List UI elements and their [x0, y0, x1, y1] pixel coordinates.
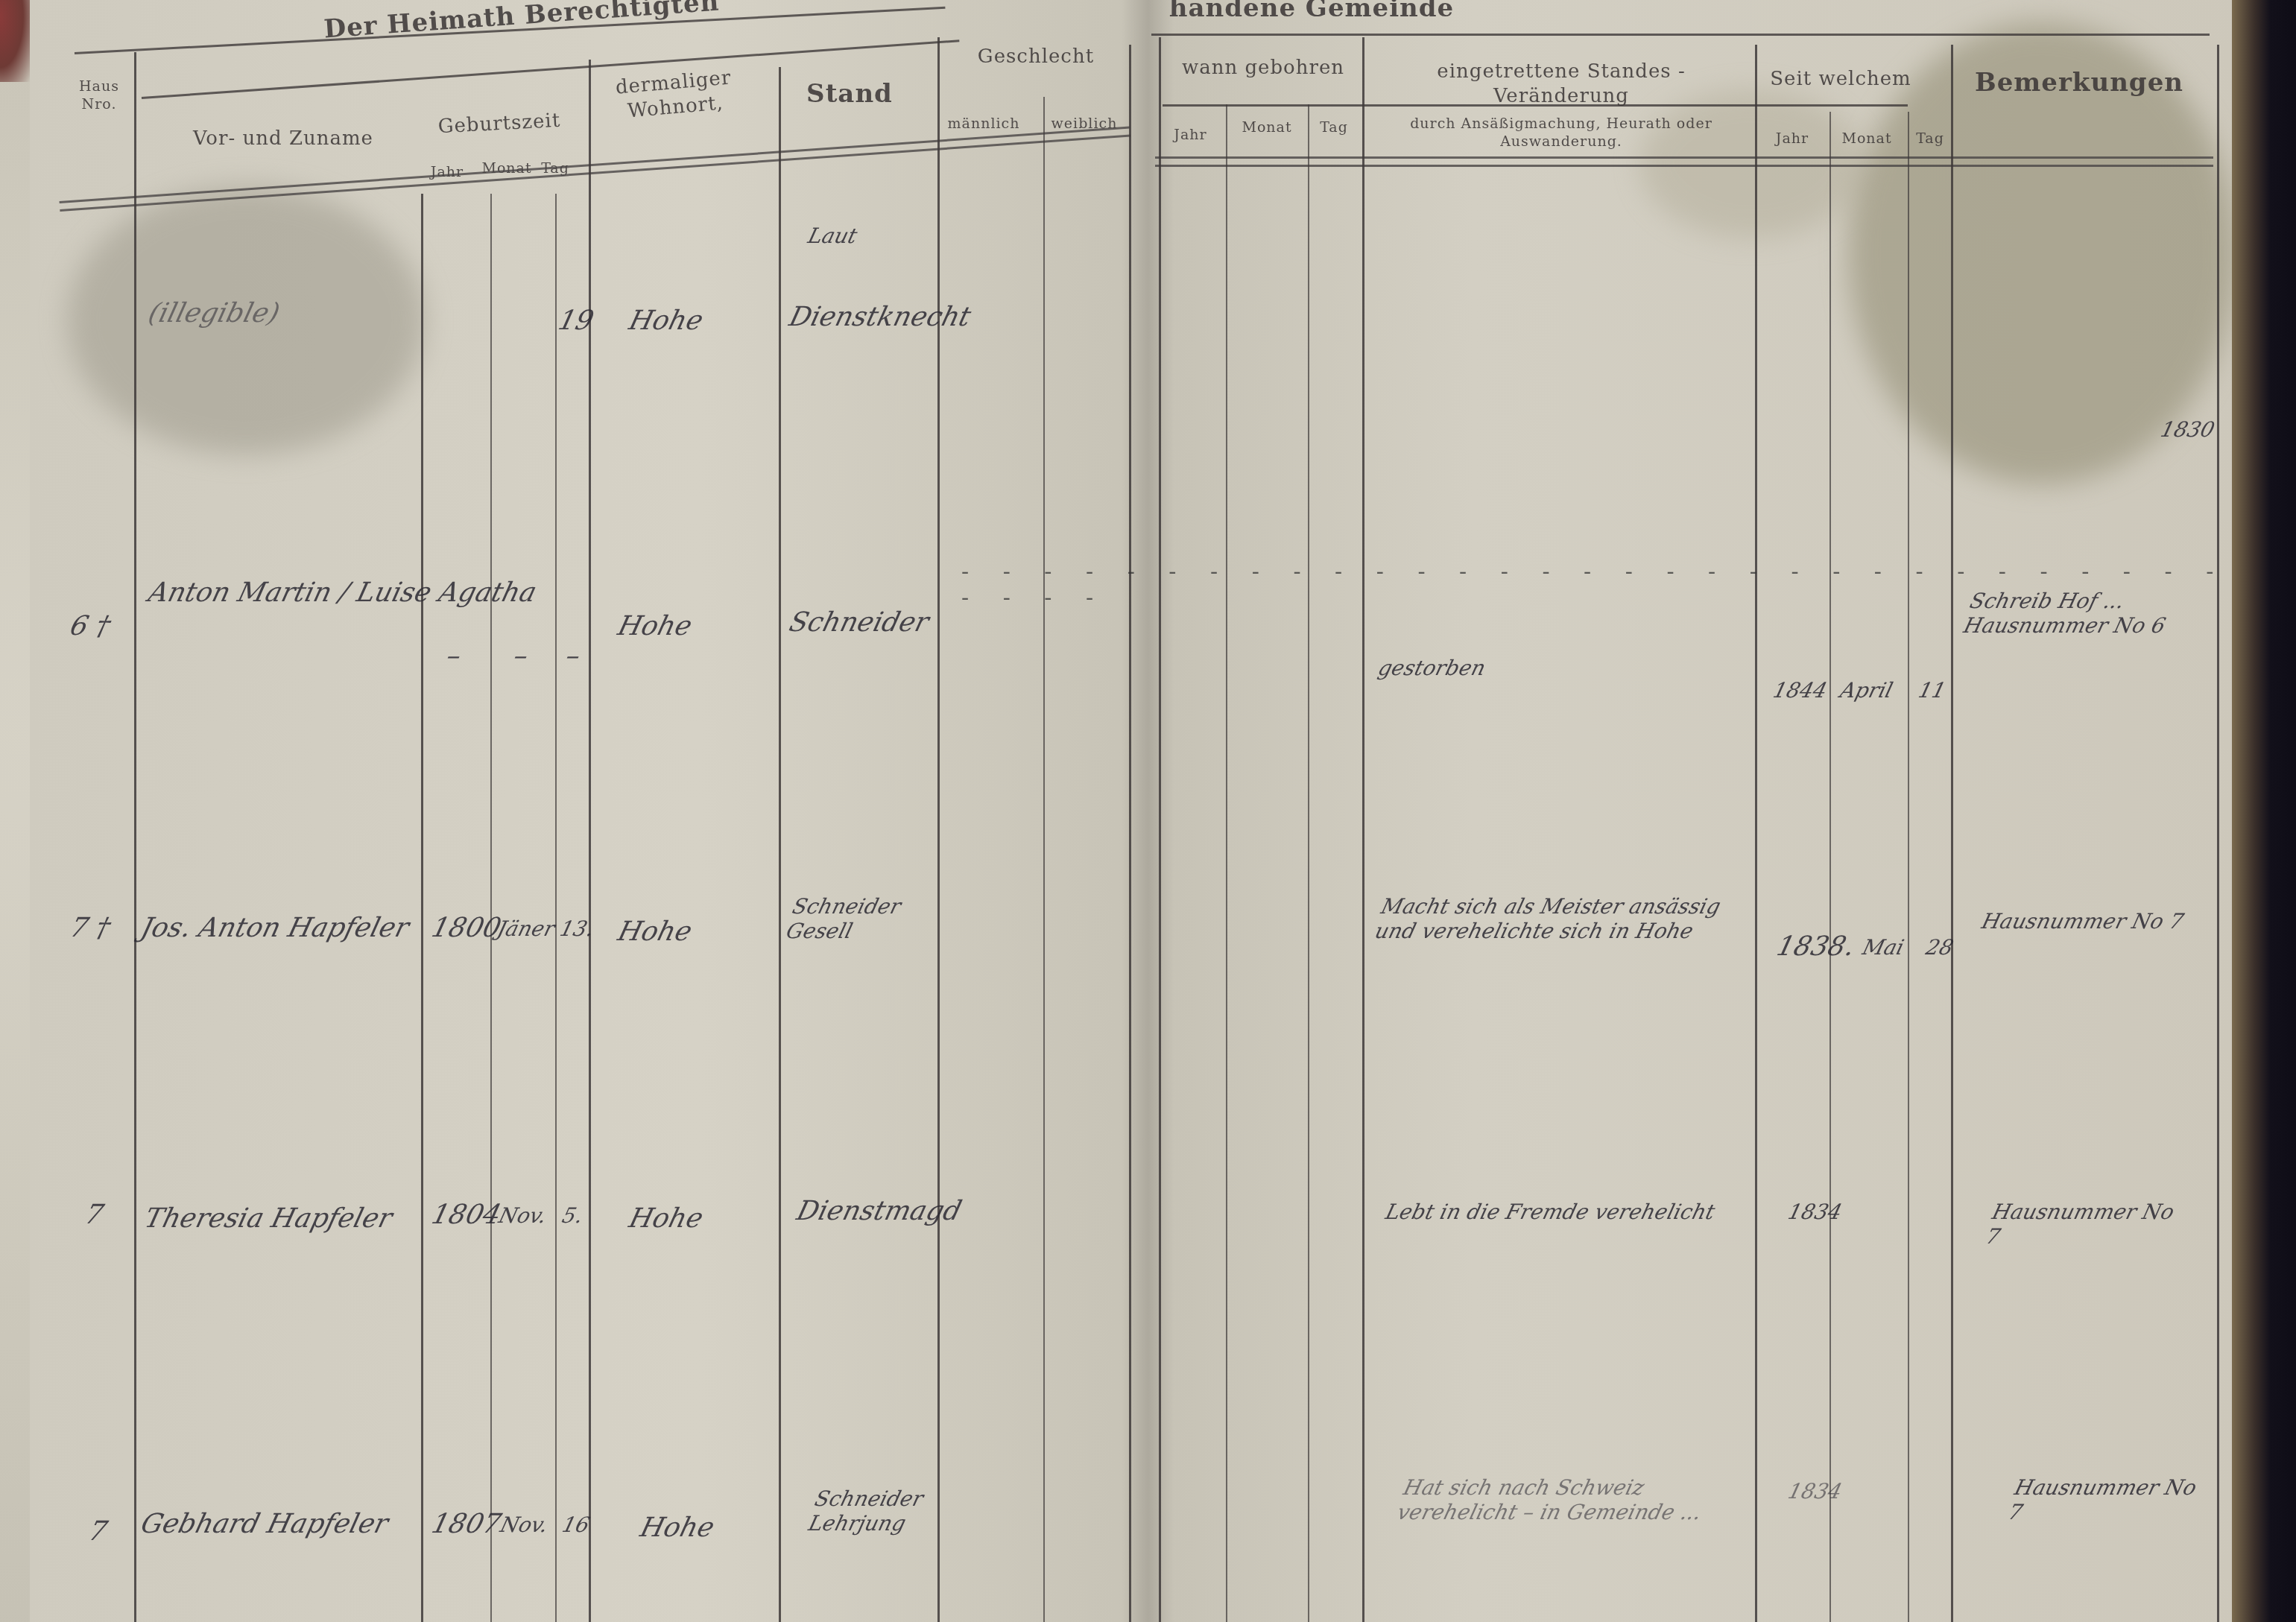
- row5-bemerkungen: Hausnummer No 7: [2006, 1475, 2212, 1524]
- open-register-book: Der Heimath Berechtigten Haus Nro. Vor- …: [0, 0, 2236, 1622]
- row1-stand: Dienstknecht: [786, 302, 974, 332]
- column-rule: [589, 60, 591, 1622]
- header-bottom-rule: [1155, 156, 2213, 167]
- column-rule: [421, 194, 423, 1622]
- column-rule: [134, 52, 136, 1622]
- row2-stand: Schneider: [786, 607, 932, 638]
- column-rule: [490, 194, 492, 1622]
- row1-bemerkungen: 1830: [2158, 417, 2217, 442]
- row3-tag: 13.: [557, 916, 597, 941]
- thumb-holding-page: [0, 0, 30, 82]
- row2-veraenderung: gestorben: [1376, 656, 1488, 680]
- row3-seit-jahr: 1838.: [1774, 931, 1858, 962]
- header-bemerkungen: Bemerkungen: [1952, 67, 2206, 99]
- header-seit-jahr: Jahr: [1759, 130, 1826, 148]
- row5-veraenderung: Hat sich nach Schweiz verehelicht – in G…: [1395, 1475, 1750, 1524]
- row2-bemerkungen: Schreib Hof ... Hausnummer No 6: [1961, 589, 2212, 638]
- rule: [1151, 34, 2210, 36]
- column-rule: [1308, 104, 1309, 1622]
- row4-seit-jahr: 1834: [1786, 1200, 1844, 1224]
- row5-monat: Nov.: [498, 1512, 551, 1537]
- row4-jahr: 1804: [428, 1200, 505, 1230]
- row3-wohnort: Hohe: [615, 916, 695, 947]
- row1-stand-note: Laut: [806, 224, 860, 248]
- row3-jahr: 1800: [428, 913, 505, 943]
- row3-haus-nro: 7 †: [67, 913, 114, 943]
- column-rule: [937, 37, 940, 1622]
- row3-seit-monat: Mai: [1860, 935, 1907, 960]
- header-haus-nro: Haus Nro.: [66, 78, 133, 114]
- column-rule: [1951, 45, 1953, 1622]
- column-rule: [1908, 112, 1909, 1622]
- row5-stand: Schneider Lehrjung: [806, 1486, 945, 1536]
- header-geboren-jahr: Jahr: [1159, 127, 1222, 145]
- header-stand: Stand: [775, 78, 924, 110]
- row5-seit-jahr: 1834: [1786, 1479, 1844, 1504]
- header-geboren-tag: Tag: [1312, 119, 1356, 137]
- row1-wohnort: Hohe: [626, 305, 706, 336]
- row5-jahr: 1807: [428, 1509, 505, 1539]
- row4-monat: Nov.: [496, 1203, 549, 1228]
- column-rule: [1159, 37, 1161, 1622]
- row2-seit-monat: April: [1838, 678, 1896, 703]
- row2-haus-nro: 6 †: [67, 611, 114, 641]
- column-rule: [1362, 37, 1364, 1622]
- row4-veraenderung: Lebt in die Fremde verehelicht: [1383, 1200, 1718, 1224]
- book-edge-shadow: [2232, 0, 2296, 1622]
- row3-stand: Schneider Gesell: [784, 894, 930, 943]
- row4-stand: Dienstmagd: [794, 1196, 965, 1226]
- row2-seit-jahr: 1844: [1771, 678, 1829, 703]
- column-rule: [1829, 112, 1831, 1622]
- row4-wohnort: Hohe: [626, 1203, 706, 1234]
- column-rule: [555, 194, 557, 1622]
- column-rule: [779, 67, 781, 1622]
- header-seit-wann: Seit welchem: [1759, 67, 1923, 92]
- header-veraenderung: eingetrettene Standes - Veränderung: [1367, 60, 1755, 108]
- column-rule: [1755, 45, 1757, 1622]
- row1-name: (illegible): [145, 298, 283, 329]
- rule: [1163, 104, 1908, 107]
- header-seit-monat: Monat: [1829, 130, 1904, 148]
- column-rule: [2217, 45, 2219, 1622]
- header-name: Vor- und Zuname: [149, 127, 417, 151]
- row2-wohnort: Hohe: [615, 611, 695, 641]
- row3-veraenderung: Macht sich als Meister ansässig und vere…: [1373, 894, 1757, 943]
- row3-name: Jos. Anton Hapfeler: [138, 913, 412, 943]
- header-veraenderung-sub: durch Ansäßigmachung, Heurath oder Auswa…: [1379, 115, 1744, 151]
- row4-bemerkungen: Hausnummer No 7: [1984, 1200, 2189, 1249]
- column-rule: [1129, 45, 1131, 1622]
- header-seit-tag: Tag: [1908, 130, 1952, 148]
- row2-name: Anton Martin / Luise Agatha: [145, 577, 540, 608]
- column-rule: [1226, 104, 1227, 1622]
- row3-bemerkungen: Hausnummer No 7: [1979, 909, 2194, 934]
- row3-monat: Jäner: [495, 916, 557, 941]
- row5-wohnort: Hohe: [637, 1512, 718, 1543]
- row5-name: Gebhard Hapfeler: [138, 1509, 391, 1539]
- right-banner-title: handene Gemeinde: [1163, 0, 1461, 25]
- header-geboren-monat: Monat: [1226, 119, 1308, 137]
- row4-name: Theresia Hapfeler: [142, 1203, 396, 1234]
- column-rule: [1043, 97, 1045, 1622]
- header-geschlecht: Geschlecht: [954, 45, 1118, 69]
- header-maennlich: männlich: [932, 115, 1036, 133]
- header-wann-geboren: wann gebohren: [1163, 56, 1364, 80]
